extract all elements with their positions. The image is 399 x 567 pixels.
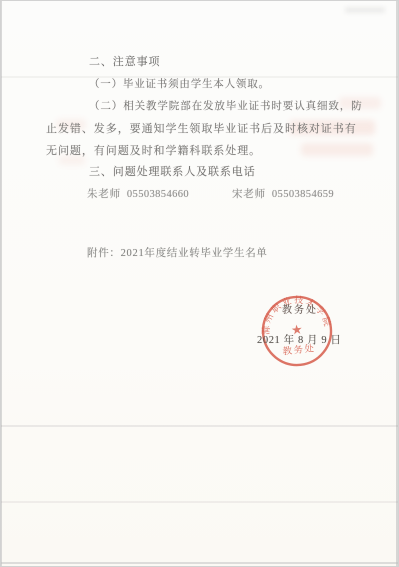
note-item-1: （一）毕业证书须由学生本人领取。 (89, 76, 270, 91)
section-heading-contacts: 三、问题处理联系人及联系电话 (89, 163, 256, 179)
scan-smudge (345, 7, 385, 13)
fold-line (1, 425, 398, 427)
contact-name: 宋老师 (232, 189, 266, 200)
signature-date: 2021 年 8 月 9 日 (257, 332, 342, 347)
contact-phone: 05503854659 (272, 189, 334, 200)
section-heading-notes: 二、注意事项 (89, 53, 160, 69)
ink-bleed-through (301, 143, 373, 156)
note-item-2-line-3: 无问题，有问题及时和学籍科联系处理。 (46, 142, 261, 158)
fold-line (1, 501, 398, 503)
attachment-note: 附件：2021年度结业转毕业学生名单 (87, 245, 268, 260)
note-item-2-line-1: （二）相关教学院部在发放毕业证书时要认真细致，防 (89, 98, 363, 113)
contact-entry: 宋老师05503854659 (232, 186, 334, 201)
contact-name: 朱老师 (87, 189, 121, 200)
scan-edge-right (396, 1, 398, 566)
scan-edge-bottom (1, 562, 398, 564)
signature-department: 教务处 (282, 301, 318, 316)
contact-phone: 05503854660 (127, 189, 189, 200)
scanned-document-page: 二、注意事项 （一）毕业证书须由学生本人领取。 （二）相关教学院部在发放毕业证书… (0, 0, 399, 567)
scan-edge-left (1, 1, 2, 566)
note-item-2-line-2: 止发错、发多，要通知学生领取毕业证书后及时核对证书有 (46, 120, 357, 136)
contact-entry: 朱老师05503854660 (87, 186, 189, 201)
